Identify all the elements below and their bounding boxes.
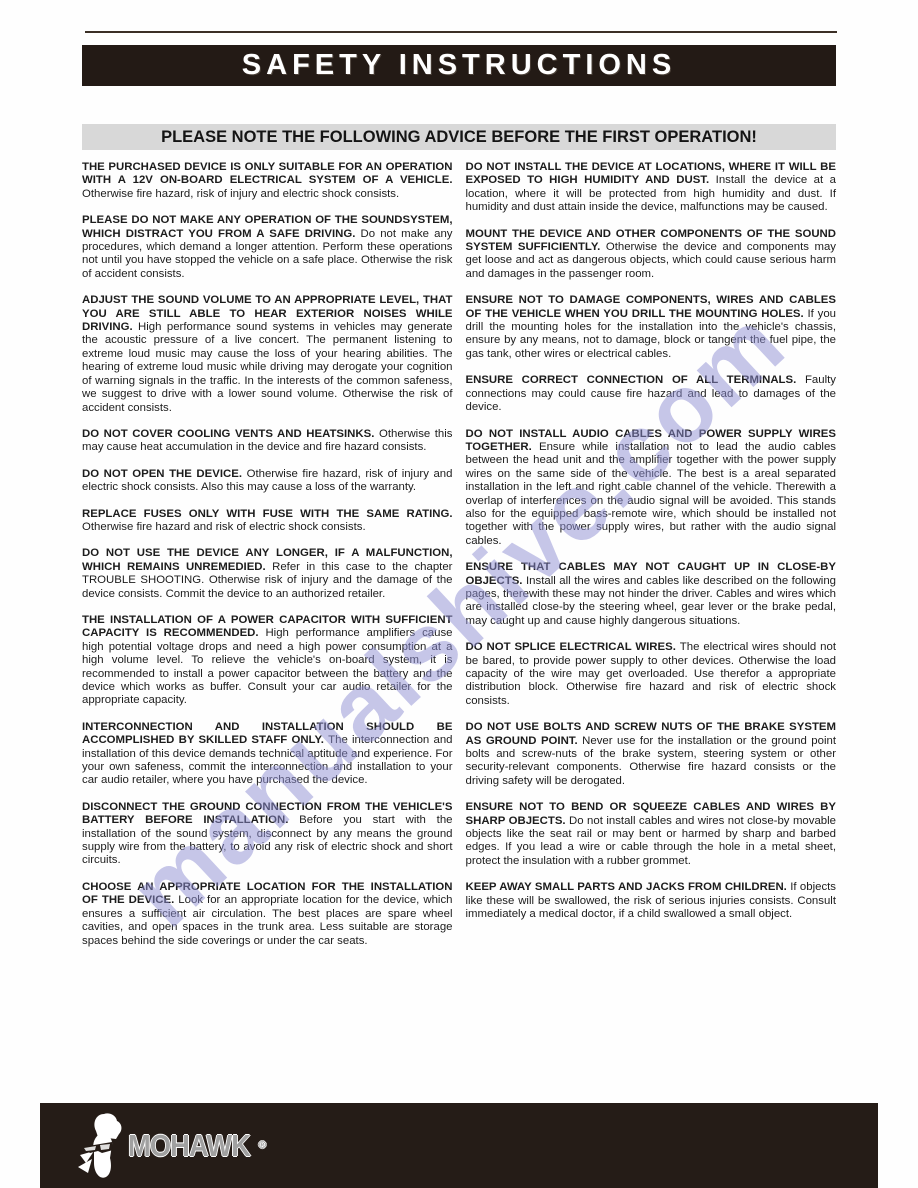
safety-paragraph: DO NOT INSTALL AUDIO CABLES AND POWER SU… (466, 428, 837, 549)
safety-paragraph: DO NOT COVER COOLING VENTS AND HEATSINKS… (82, 428, 453, 455)
safety-paragraph: DO NOT USE THE DEVICE ANY LONGER, IF A M… (82, 547, 453, 601)
paragraph-heading: DO NOT OPEN THE DEVICE. (82, 468, 247, 480)
left-column: THE PURCHASED DEVICE IS ONLY SUITABLE FO… (82, 161, 453, 961)
safety-paragraph: DO NOT INSTALL THE DEVICE AT LOCATIONS, … (466, 161, 837, 215)
safety-paragraph: CHOOSE AN APPROPRIATE LOCATION FOR THE I… (82, 881, 453, 948)
paragraph-body: Otherwise fire hazard and risk of electr… (82, 521, 366, 533)
safety-paragraph: ENSURE THAT CABLES MAY NOT CAUGHT UP IN … (466, 561, 837, 628)
safety-paragraph: ADJUST THE SOUND VOLUME TO AN APPROPRIAT… (82, 294, 453, 415)
paragraph-heading: THE PURCHASED DEVICE IS ONLY SUITABLE FO… (82, 161, 453, 186)
mohawk-face-icon (68, 1111, 130, 1181)
safety-paragraph: MOUNT THE DEVICE AND OTHER COMPONENTS OF… (466, 228, 837, 282)
safety-paragraph: DISCONNECT THE GROUND CONNECTION FROM TH… (82, 801, 453, 868)
safety-paragraph: ENSURE NOT TO DAMAGE COMPONENTS, WIRES A… (466, 294, 837, 361)
safety-paragraph: THE INSTALLATION OF A POWER CAPACITOR WI… (82, 614, 453, 708)
safety-paragraph: KEEP AWAY SMALL PARTS AND JACKS FROM CHI… (466, 881, 837, 921)
brand-name: MOHAWK (128, 1128, 250, 1164)
safety-paragraph: PLEASE DO NOT MAKE ANY OPERATION OF THE … (82, 214, 453, 281)
content-columns: THE PURCHASED DEVICE IS ONLY SUITABLE FO… (82, 161, 836, 961)
safety-paragraph: ENSURE NOT TO BEND OR SQUEEZE CABLES AND… (466, 801, 837, 868)
subtitle-text: PLEASE NOTE THE FOLLOWING ADVICE BEFORE … (161, 128, 757, 147)
safety-paragraph: DO NOT OPEN THE DEVICE.Otherwise fire ha… (82, 468, 453, 495)
footer-bar: MOHAWK® (40, 1103, 878, 1188)
brand-logo: MOHAWK® (68, 1111, 266, 1181)
page-title: SAFETY INSTRUCTIONS (242, 49, 676, 82)
safety-paragraph: DO NOT USE BOLTS AND SCREW NUTS OF THE B… (466, 721, 837, 788)
paragraph-heading: ENSURE CORRECT CONNECTION OF ALL TERMINA… (466, 374, 805, 386)
safety-paragraph: ENSURE CORRECT CONNECTION OF ALL TERMINA… (466, 374, 837, 414)
safety-paragraph: THE PURCHASED DEVICE IS ONLY SUITABLE FO… (82, 161, 453, 201)
manual-page: SAFETY INSTRUCTIONS PLEASE NOTE THE FOLL… (0, 0, 918, 1188)
paragraph-body: High performance sound systems in vehicl… (82, 321, 453, 413)
safety-paragraph: DO NOT SPLICE ELECTRICAL WIRES.The elect… (466, 641, 837, 708)
safety-paragraph: REPLACE FUSES ONLY WITH FUSE WITH THE SA… (82, 508, 453, 535)
paragraph-heading: DO NOT COVER COOLING VENTS AND HEATSINKS… (82, 428, 379, 440)
paragraph-body: Ensure while installation not to lead th… (466, 441, 837, 547)
top-rule (85, 31, 837, 33)
paragraph-body: Otherwise fire hazard, risk of injury an… (82, 188, 399, 200)
paragraph-heading: REPLACE FUSES ONLY WITH FUSE WITH THE SA… (82, 508, 453, 520)
paragraph-heading: KEEP AWAY SMALL PARTS AND JACKS FROM CHI… (466, 881, 791, 893)
registered-mark: ® (259, 1140, 266, 1151)
safety-paragraph: INTERCONNECTION AND INSTALLATION SHOULD … (82, 721, 453, 788)
subtitle-bar: PLEASE NOTE THE FOLLOWING ADVICE BEFORE … (82, 124, 836, 150)
right-column: DO NOT INSTALL THE DEVICE AT LOCATIONS, … (466, 161, 837, 961)
paragraph-heading: DO NOT SPLICE ELECTRICAL WIRES. (466, 641, 680, 653)
header-bar: SAFETY INSTRUCTIONS (82, 45, 836, 86)
paragraph-heading: ENSURE NOT TO DAMAGE COMPONENTS, WIRES A… (466, 294, 837, 319)
